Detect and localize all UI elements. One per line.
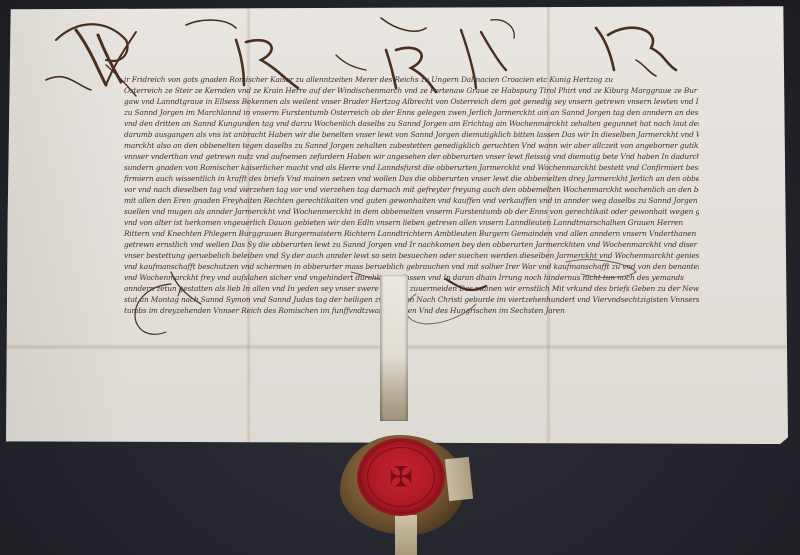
seal-strap-end-right [445,457,473,501]
eagle-icon: ✠ [389,461,412,494]
red-seal-disc: ✠ [359,440,443,514]
seal-strap [380,275,408,421]
wax-seal: ✠ [335,430,475,555]
seal-strap-end-bottom [395,515,417,555]
